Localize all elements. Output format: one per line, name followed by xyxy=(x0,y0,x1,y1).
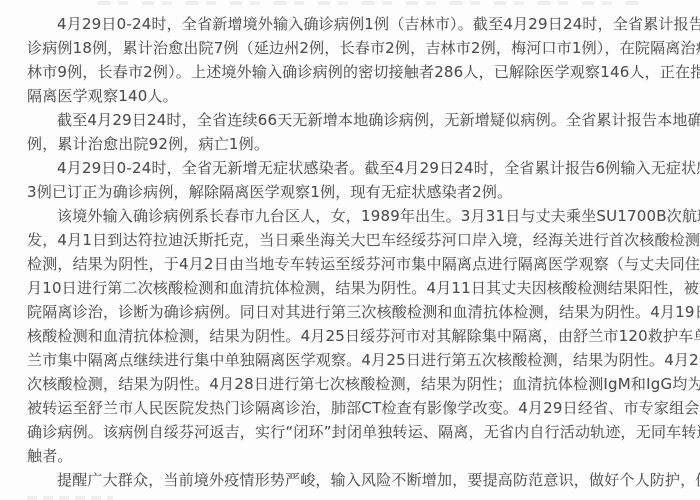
text-line-p1-l3: 林市9例，长春市2例）。上述境外输入确诊病例的密切接触者286人，已解除医学观察… xyxy=(27,60,664,84)
text-line-p2-l2: 例，累计治愈出院92例，病亡1例。 xyxy=(27,132,664,156)
clipped-text-line-top xyxy=(98,1,643,5)
text-line-p5-l1: 提醒广大群众，当前境外疫情形势严峻，输入风险不断增加，要提高防范意识，做好个人防… xyxy=(27,468,664,492)
text-line-p4-l11: 触者。 xyxy=(27,444,664,468)
text-line-p3-l2: 3例已订正为确诊病例，解除隔离医学观察1例，现有无症状感染者2例。 xyxy=(27,180,664,204)
text-line-p4-l8: 次核酸检测，结果为阴性。4月28日进行第七次核酸检测，结果为阴性；血清抗体检测I… xyxy=(27,372,664,396)
text-line-p4-l3: 检测，结果为阴性，于4月2日由当地专车转运至绥芬河市集中隔离点进行隔离医学观察（… xyxy=(27,252,664,276)
text-line-p4-l9: 被转运至舒兰市人民医院发热门诊隔离诊治，肺部CT检查有影像学改变。4月29日经省… xyxy=(27,396,664,420)
document-page: 4月29日0-24时，全省新增境外输入确诊病例1例（吉林市）。截至4月29日24… xyxy=(0,0,700,500)
text-line-p2-l1: 截至4月29日24时，全省连续66天无新增本地确诊病例，无新增疑似病例。全省累计… xyxy=(27,108,664,132)
clipped-text-line-bottom xyxy=(27,496,113,500)
text-line-p4-l7: 兰市集中隔离点继续进行集中单独隔离医学观察。4月25日进行第五次核酸检测，结果为… xyxy=(27,348,664,372)
text-line-p1-l1: 4月29日0-24时，全省新增境外输入确诊病例1例（吉林市）。截至4月29日24… xyxy=(27,12,664,36)
document-body: 4月29日0-24时，全省新增境外输入确诊病例1例（吉林市）。截至4月29日24… xyxy=(27,12,664,492)
text-line-p4-l5: 院隔离诊治，诊断为确诊病例。同日对其进行第三次核酸检测和血清抗体检测，结果为阴性… xyxy=(27,300,664,324)
text-line-p1-l4: 隔离医学观察140人。 xyxy=(27,84,664,108)
text-line-p4-l2: 发，4月1日到达符拉迪沃斯托克，当日乘坐海关大巴车经绥芬河口岸入境，经海关进行首… xyxy=(27,228,664,252)
text-line-p4-l10: 确诊病例。该病例自绥芬河返吉，实行“闭环”封闭单独转运、隔离，无省内自行活动轨迹… xyxy=(27,420,664,444)
text-line-p3-l1: 4月29日0-24时，全省无新增无症状感染者。截至4月29日24时，全省累计报告… xyxy=(27,156,664,180)
text-line-p1-l2: 诊病例18例，累计治愈出院7例（延边州2例，长春市2例，吉林市2例，梅河口市1例… xyxy=(27,36,664,60)
text-line-p4-l4: 月10日进行第二次核酸检测和血清抗体检测，结果为阴性。4月11日其丈夫因核酸检测… xyxy=(27,276,664,300)
text-line-p4-l1: 该境外输入确诊病例系长春市九台区人，女，1989年出生。3月31日与丈夫乘坐SU… xyxy=(27,204,664,228)
text-line-p4-l6: 核酸检测和血清抗体检测，结果为阴性。4月25日绥芬河市对其解除集中隔离，由舒兰市… xyxy=(27,324,664,348)
